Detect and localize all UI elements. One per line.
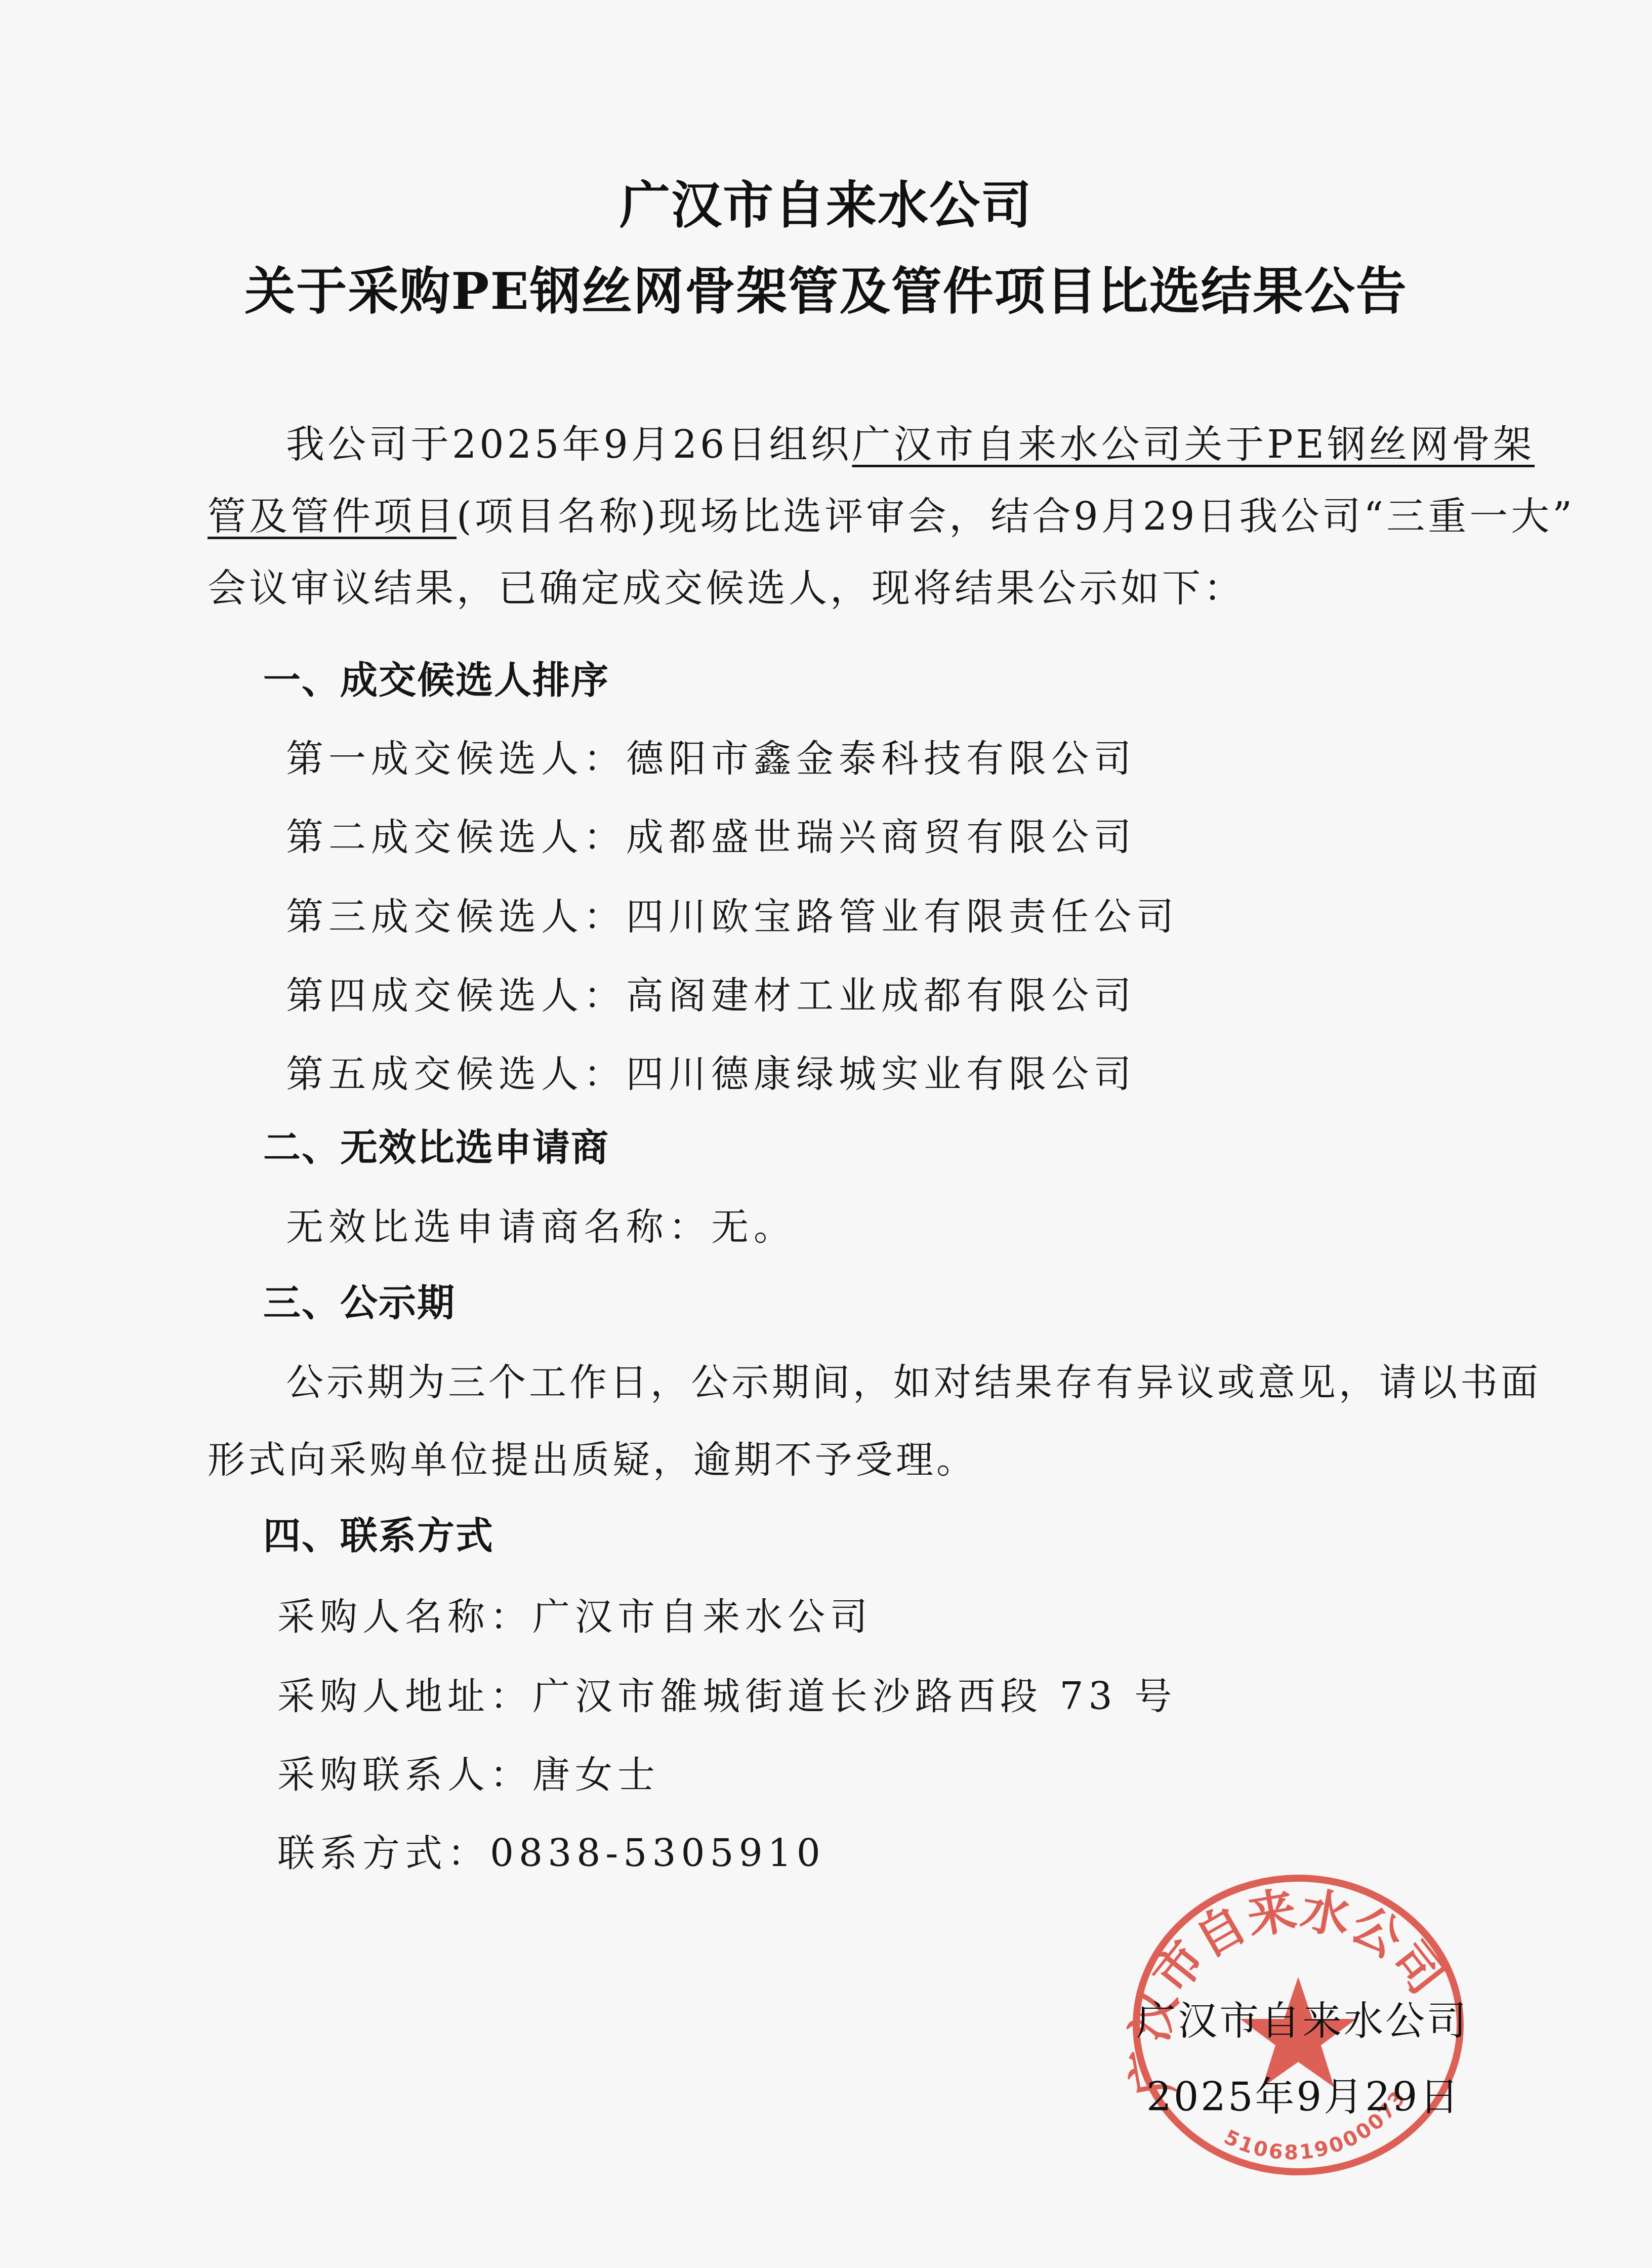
- intro-paragraph-line1: 我公司于2025年9月26日组织广汉市自来水公司关于PE钢丝网骨架: [286, 409, 1535, 480]
- intro-paragraph-line2: 管及管件项目(项目名称)现场比选评审会，结合9月29日我公司“三重一大”: [208, 481, 1575, 552]
- candidate-row: 第五成交候选人：四川德康绿城实业有限公司: [286, 1044, 1136, 1098]
- publicity-text-line1: 公示期为三个工作日，公示期间，如对结果存有异议或意见，请以书面: [286, 1353, 1541, 1406]
- candidate-row: 第二成交候选人：成都盛世瑞兴商贸有限公司: [286, 807, 1136, 861]
- publicity-text-line2: 形式向采购单位提出质疑，逾期不予受理。: [208, 1430, 977, 1484]
- contact-person: 采购联系人：唐女士: [277, 1745, 660, 1799]
- document-title-line1: 广汉市自来水公司: [0, 165, 1652, 237]
- invalid-applicants-text: 无效比选申请商名称：无。: [286, 1197, 796, 1251]
- candidate-rank: 第二成交候选人：: [286, 816, 626, 859]
- candidate-rank: 第五成交候选人：: [286, 1052, 626, 1096]
- candidate-name: 四川德康绿城实业有限公司: [626, 1052, 1136, 1096]
- section-heading-publicity: 三、公示期: [263, 1273, 456, 1327]
- candidate-rank: 第一成交候选人：: [286, 737, 626, 781]
- candidate-name: 成都盛世瑞兴商贸有限公司: [626, 816, 1136, 859]
- project-name-underlined: 广汉市自来水公司关于PE钢丝网骨架: [852, 422, 1535, 467]
- intro-text: 我公司于2025年9月26日组织: [286, 422, 852, 467]
- signature-org: 广汉市自来水公司: [1136, 1990, 1468, 2046]
- candidate-rank: 第三成交候选人：: [286, 895, 626, 939]
- candidate-name: 四川欧宝路管业有限责任公司: [626, 895, 1179, 939]
- section-heading-contact: 四、联系方式: [263, 1506, 494, 1560]
- contact-phone: 联系方式：0838-5305910: [277, 1824, 825, 1877]
- project-name-underlined-cont: 管及管件项目: [208, 494, 457, 539]
- section-heading-invalid: 二、无效比选申请商: [263, 1118, 609, 1171]
- candidate-name: 高阁建材工业成都有限公司: [626, 974, 1136, 1018]
- candidate-rank: 第四成交候选人：: [286, 974, 626, 1018]
- signature-date: 2025年9月29日: [1146, 2065, 1461, 2122]
- section-heading-candidates: 一、成交候选人排序: [263, 651, 609, 704]
- purchaser-name: 采购人名称：广汉市自来水公司: [277, 1587, 873, 1641]
- document-page: 广汉市自来水公司 关于采购PE钢丝网骨架管及管件项目比选结果公告 我公司于202…: [0, 0, 1652, 2268]
- candidate-name: 德阳市鑫金泰科技有限公司: [626, 737, 1136, 781]
- candidate-row: 第一成交候选人：德阳市鑫金泰科技有限公司: [286, 729, 1136, 783]
- candidate-row: 第三成交候选人：四川欧宝路管业有限责任公司: [286, 887, 1179, 941]
- purchaser-address: 采购人地址：广汉市雒城街道长沙路西段 73 号: [277, 1667, 1177, 1720]
- candidate-row: 第四成交候选人：高阁建材工业成都有限公司: [286, 966, 1136, 1020]
- document-title-line2: 关于采购PE钢丝网骨架管及管件项目比选结果公告: [0, 251, 1652, 323]
- intro-paragraph-line3: 会议审议结果，已确定成交候选人，现将结果公示如下：: [208, 553, 1245, 624]
- intro-text-cont: (项目名称)现场比选评审会，结合9月29日我公司“三重一大”: [457, 494, 1575, 539]
